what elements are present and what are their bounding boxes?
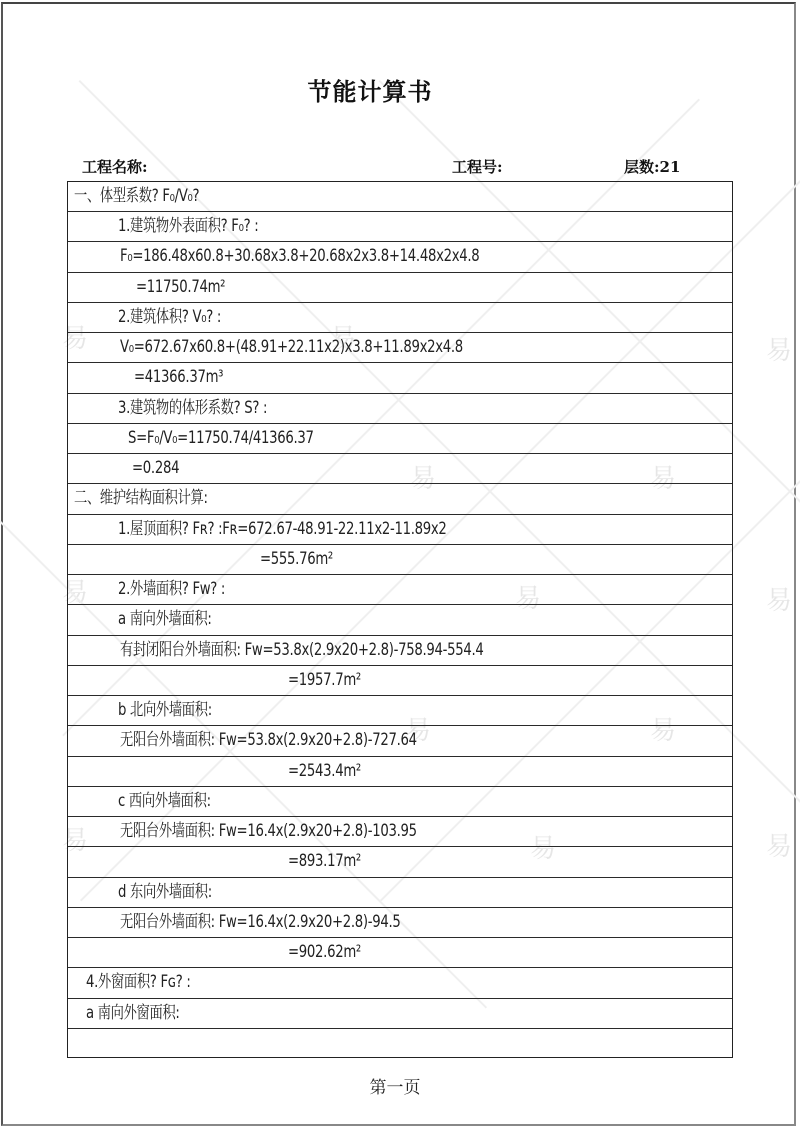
table-row: =555.76m² [68, 545, 732, 575]
table-row: 无阳台外墙面积: Fw=53.8x(2.9x20+2.8)-727.64 [68, 726, 732, 756]
table-row: =902.62m² [68, 938, 732, 968]
row-text: 1.屋顶面积? Fʀ? :Fʀ=672.67-48.91-22.11x2-11.… [118, 515, 447, 544]
document-title: 节能计算书 [0, 72, 740, 107]
table-row: 2.外墙面积? Fw? : [68, 575, 732, 605]
table-row: =41366.37m³ [68, 363, 732, 393]
page-number: 第一页 [0, 1073, 790, 1098]
row-text: d 东向外墙面积: [118, 878, 212, 907]
table-row: 二、维护结构面积计算: [68, 484, 732, 514]
table-row: 无阳台外墙面积: Fw=16.4x(2.9x20+2.8)-94.5 [68, 908, 732, 938]
row-text: 一、体型系数? F₀/V₀? [74, 182, 199, 211]
row-text: 二、维护结构面积计算: [74, 484, 208, 513]
table-row: =1957.7m² [68, 666, 732, 696]
row-text: =11750.74m² [136, 273, 225, 302]
row-text: 1.建筑物外表面积? F₀? : [118, 212, 258, 241]
project-name-label: 工程名称: [82, 156, 148, 177]
table-row: 一、体型系数? F₀/V₀? [68, 182, 732, 212]
row-text: V₀=672.67x60.8+(48.91+22.11x2)x3.8+11.89… [120, 333, 463, 362]
table-row: V₀=672.67x60.8+(48.91+22.11x2)x3.8+11.89… [68, 333, 732, 363]
table-row: =893.17m² [68, 847, 732, 877]
table-row: S=F₀/V₀=11750.74/41366.37 [68, 424, 732, 454]
row-text: =902.62m² [288, 938, 361, 967]
floors-label: 层数:21 [624, 156, 680, 177]
table-row: 2.建筑体积? V₀? : [68, 303, 732, 333]
row-text: F₀=186.48x60.8+30.68x3.8+20.68x2x3.8+14.… [120, 242, 479, 271]
row-text: =555.76m² [260, 545, 333, 574]
table-row: F₀=186.48x60.8+30.68x3.8+20.68x2x3.8+14.… [68, 242, 732, 272]
row-text: b 北向外墙面积: [118, 696, 212, 725]
row-text: S=F₀/V₀=11750.74/41366.37 [128, 424, 314, 453]
row-text: 3.建筑物的体形系数? S? : [118, 394, 267, 423]
calculation-table: 一、体型系数? F₀/V₀?1.建筑物外表面积? F₀? :F₀=186.48x… [67, 181, 733, 1058]
row-text: =41366.37m³ [134, 363, 223, 392]
row-text: a 南向外窗面积: [86, 999, 180, 1028]
table-row: a 南向外窗面积: [68, 999, 732, 1029]
table-row: =0.284 [68, 454, 732, 484]
project-number-label: 工程号: [452, 156, 503, 177]
table-row: =11750.74m² [68, 273, 732, 303]
table-row: 3.建筑物的体形系数? S? : [68, 394, 732, 424]
row-text: a 南向外墙面积: [118, 605, 212, 634]
row-text: 2.建筑体积? V₀? : [118, 303, 221, 332]
row-text: 无阳台外墙面积: Fw=16.4x(2.9x20+2.8)-103.95 [120, 817, 417, 846]
table-row: b 北向外墙面积: [68, 696, 732, 726]
row-text: =0.284 [132, 454, 179, 483]
row-text: 无阳台外墙面积: Fw=53.8x(2.9x20+2.8)-727.64 [120, 726, 417, 755]
table-row [68, 1029, 732, 1059]
table-row: 无阳台外墙面积: Fw=16.4x(2.9x20+2.8)-103.95 [68, 817, 732, 847]
row-text: 2.外墙面积? Fw? : [118, 575, 225, 604]
table-row: 1.建筑物外表面积? F₀? : [68, 212, 732, 242]
table-row: a 南向外墙面积: [68, 605, 732, 635]
row-text: =1957.7m² [288, 666, 361, 695]
table-row: c 西向外墙面积: [68, 787, 732, 817]
table-row: d 东向外墙面积: [68, 878, 732, 908]
row-text: 有封闭阳台外墙面积: Fw=53.8x(2.9x20+2.8)-758.94-5… [120, 636, 484, 665]
row-text: =893.17m² [288, 847, 361, 876]
row-text: 无阳台外墙面积: Fw=16.4x(2.9x20+2.8)-94.5 [120, 908, 401, 937]
table-row: =2543.4m² [68, 757, 732, 787]
row-text: =2543.4m² [288, 757, 361, 786]
row-text: c 西向外墙面积: [118, 787, 211, 816]
table-row: 1.屋顶面积? Fʀ? :Fʀ=672.67-48.91-22.11x2-11.… [68, 515, 732, 545]
row-text: 4.外窗面积? Fɢ? : [86, 968, 191, 997]
table-row: 4.外窗面积? Fɢ? : [68, 968, 732, 998]
table-row: 有封闭阳台外墙面积: Fw=53.8x(2.9x20+2.8)-758.94-5… [68, 636, 732, 666]
